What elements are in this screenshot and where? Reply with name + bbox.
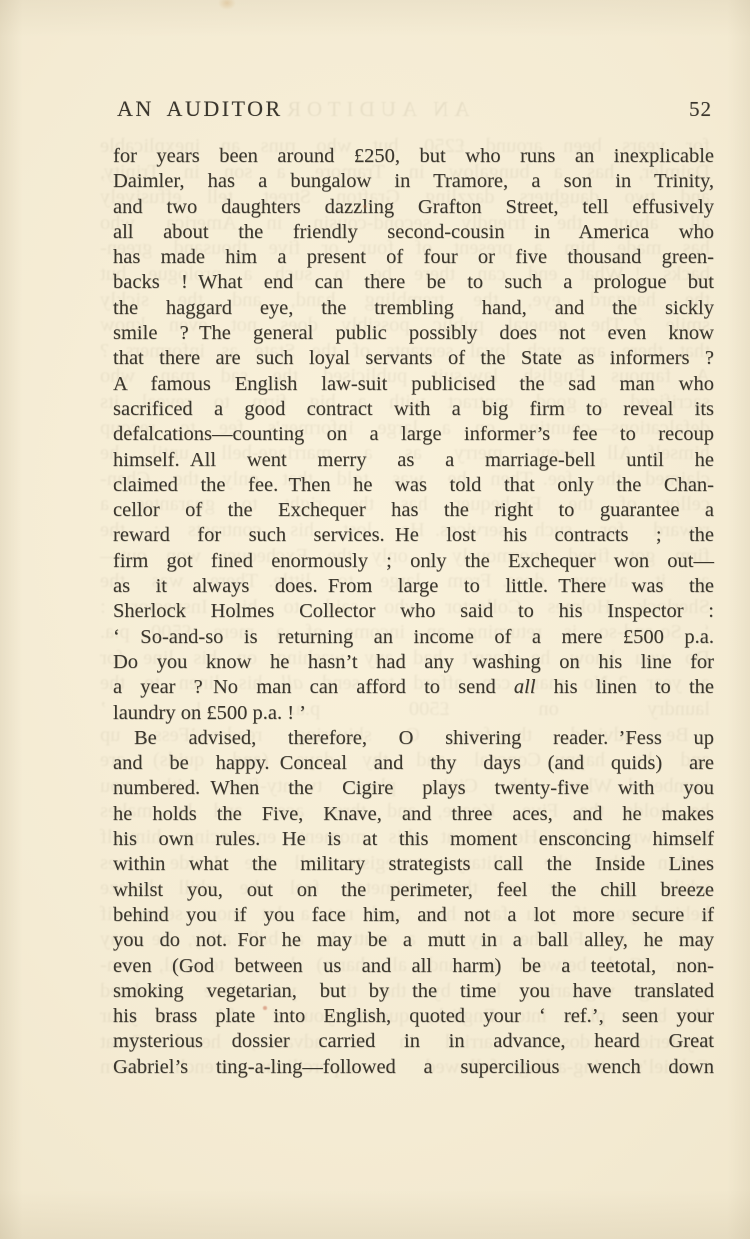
text-line: even (God between us and all harm) be a … [113, 954, 714, 979]
text-line: within what the military strategists cal… [113, 852, 714, 877]
text-line: mysterious dossier carried in in advance… [113, 1029, 714, 1054]
text-line: a year ? No man can afford to send all h… [113, 675, 714, 700]
text-line: behind you if you face him, and not a lo… [113, 903, 714, 928]
text-line: claimed the fee. Then he was told that o… [113, 473, 714, 498]
text-line: reward for such services. He lost his co… [113, 523, 714, 548]
text-line: backs ! What end can there be to such a … [113, 270, 714, 295]
text-line: ‘ So-and-so is returning an income of a … [113, 625, 714, 650]
text-line: defalcations—counting on a large informe… [113, 422, 714, 447]
italic-text: all [514, 676, 536, 698]
text-segment: a year ? No man can afford to send [113, 676, 514, 698]
text-line: Gabriel’s ting-a-ling—followed a superci… [113, 1055, 714, 1080]
text-line: laundry on £500 p.a. ! ’ [113, 701, 714, 726]
paper-stain [218, 0, 236, 10]
text-line: that there are such loyal servants of th… [113, 346, 714, 371]
paragraph: for years been around £250, but who runs… [113, 144, 714, 726]
page-number: 52 [689, 97, 712, 122]
text-line: Sherlock Holmes Collector who said to hi… [113, 599, 714, 624]
text-line: his brass plate into English, quoted you… [113, 1004, 714, 1029]
text-line: firm got fined enormously ; only the Exc… [113, 549, 714, 574]
text-line: smoking vegetarian, but by the time you … [113, 979, 714, 1004]
text-line: Be advised, therefore, O shivering reade… [113, 726, 714, 751]
text-line: A famous English law-suit publicised the… [113, 372, 714, 397]
text-line: and two daughters dazzling Grafton Stree… [113, 195, 714, 220]
text-line: all about the friendly second-cousin in … [113, 220, 714, 245]
bleedthrough-header-ghost: AN AUDITOR [281, 97, 470, 122]
text-line: for years been around £250, but who runs… [113, 144, 714, 169]
text-line: Do you know he hasn’t had any washing on… [113, 650, 714, 675]
page-body: for years been around £250, but who runs… [113, 144, 714, 1080]
text-line: cellor of the Exchequer has the right to… [113, 498, 714, 523]
text-segment: his linen to the [536, 676, 714, 698]
running-head: AN AUDITOR AN AUDITOR 52 [113, 96, 714, 122]
text-line: whilst you, out on the perimeter, feel t… [113, 878, 714, 903]
text-line: has made him a present of four or five t… [113, 245, 714, 270]
running-title: AN AUDITOR [117, 96, 283, 122]
text-line: sacrificed a good contract with a big fi… [113, 397, 714, 422]
text-line: Daimler, has a bungalow in Tramore, a so… [113, 169, 714, 194]
text-line: the haggard eye, the trembling hand, and… [113, 296, 714, 321]
text-line: you do not. For he may be a mutt in a ba… [113, 928, 714, 953]
paragraph: Be advised, therefore, O shivering reade… [113, 726, 714, 1080]
text-line: smile ? The general public possibly does… [113, 321, 714, 346]
text-line: and be happy. Conceal and thy days (and … [113, 751, 714, 776]
text-line: as it always does. From large to little.… [113, 574, 714, 599]
text-line: numbered. When the Cigire plays twenty-f… [113, 776, 714, 801]
text-line: he holds the Five, Knave, and three aces… [113, 802, 714, 827]
text-line: himself. All went merry as a marriage-be… [113, 448, 714, 473]
book-page: for years been around £250, but who runs… [0, 0, 750, 1239]
text-line: his own rules. He is at this moment ensc… [113, 827, 714, 852]
